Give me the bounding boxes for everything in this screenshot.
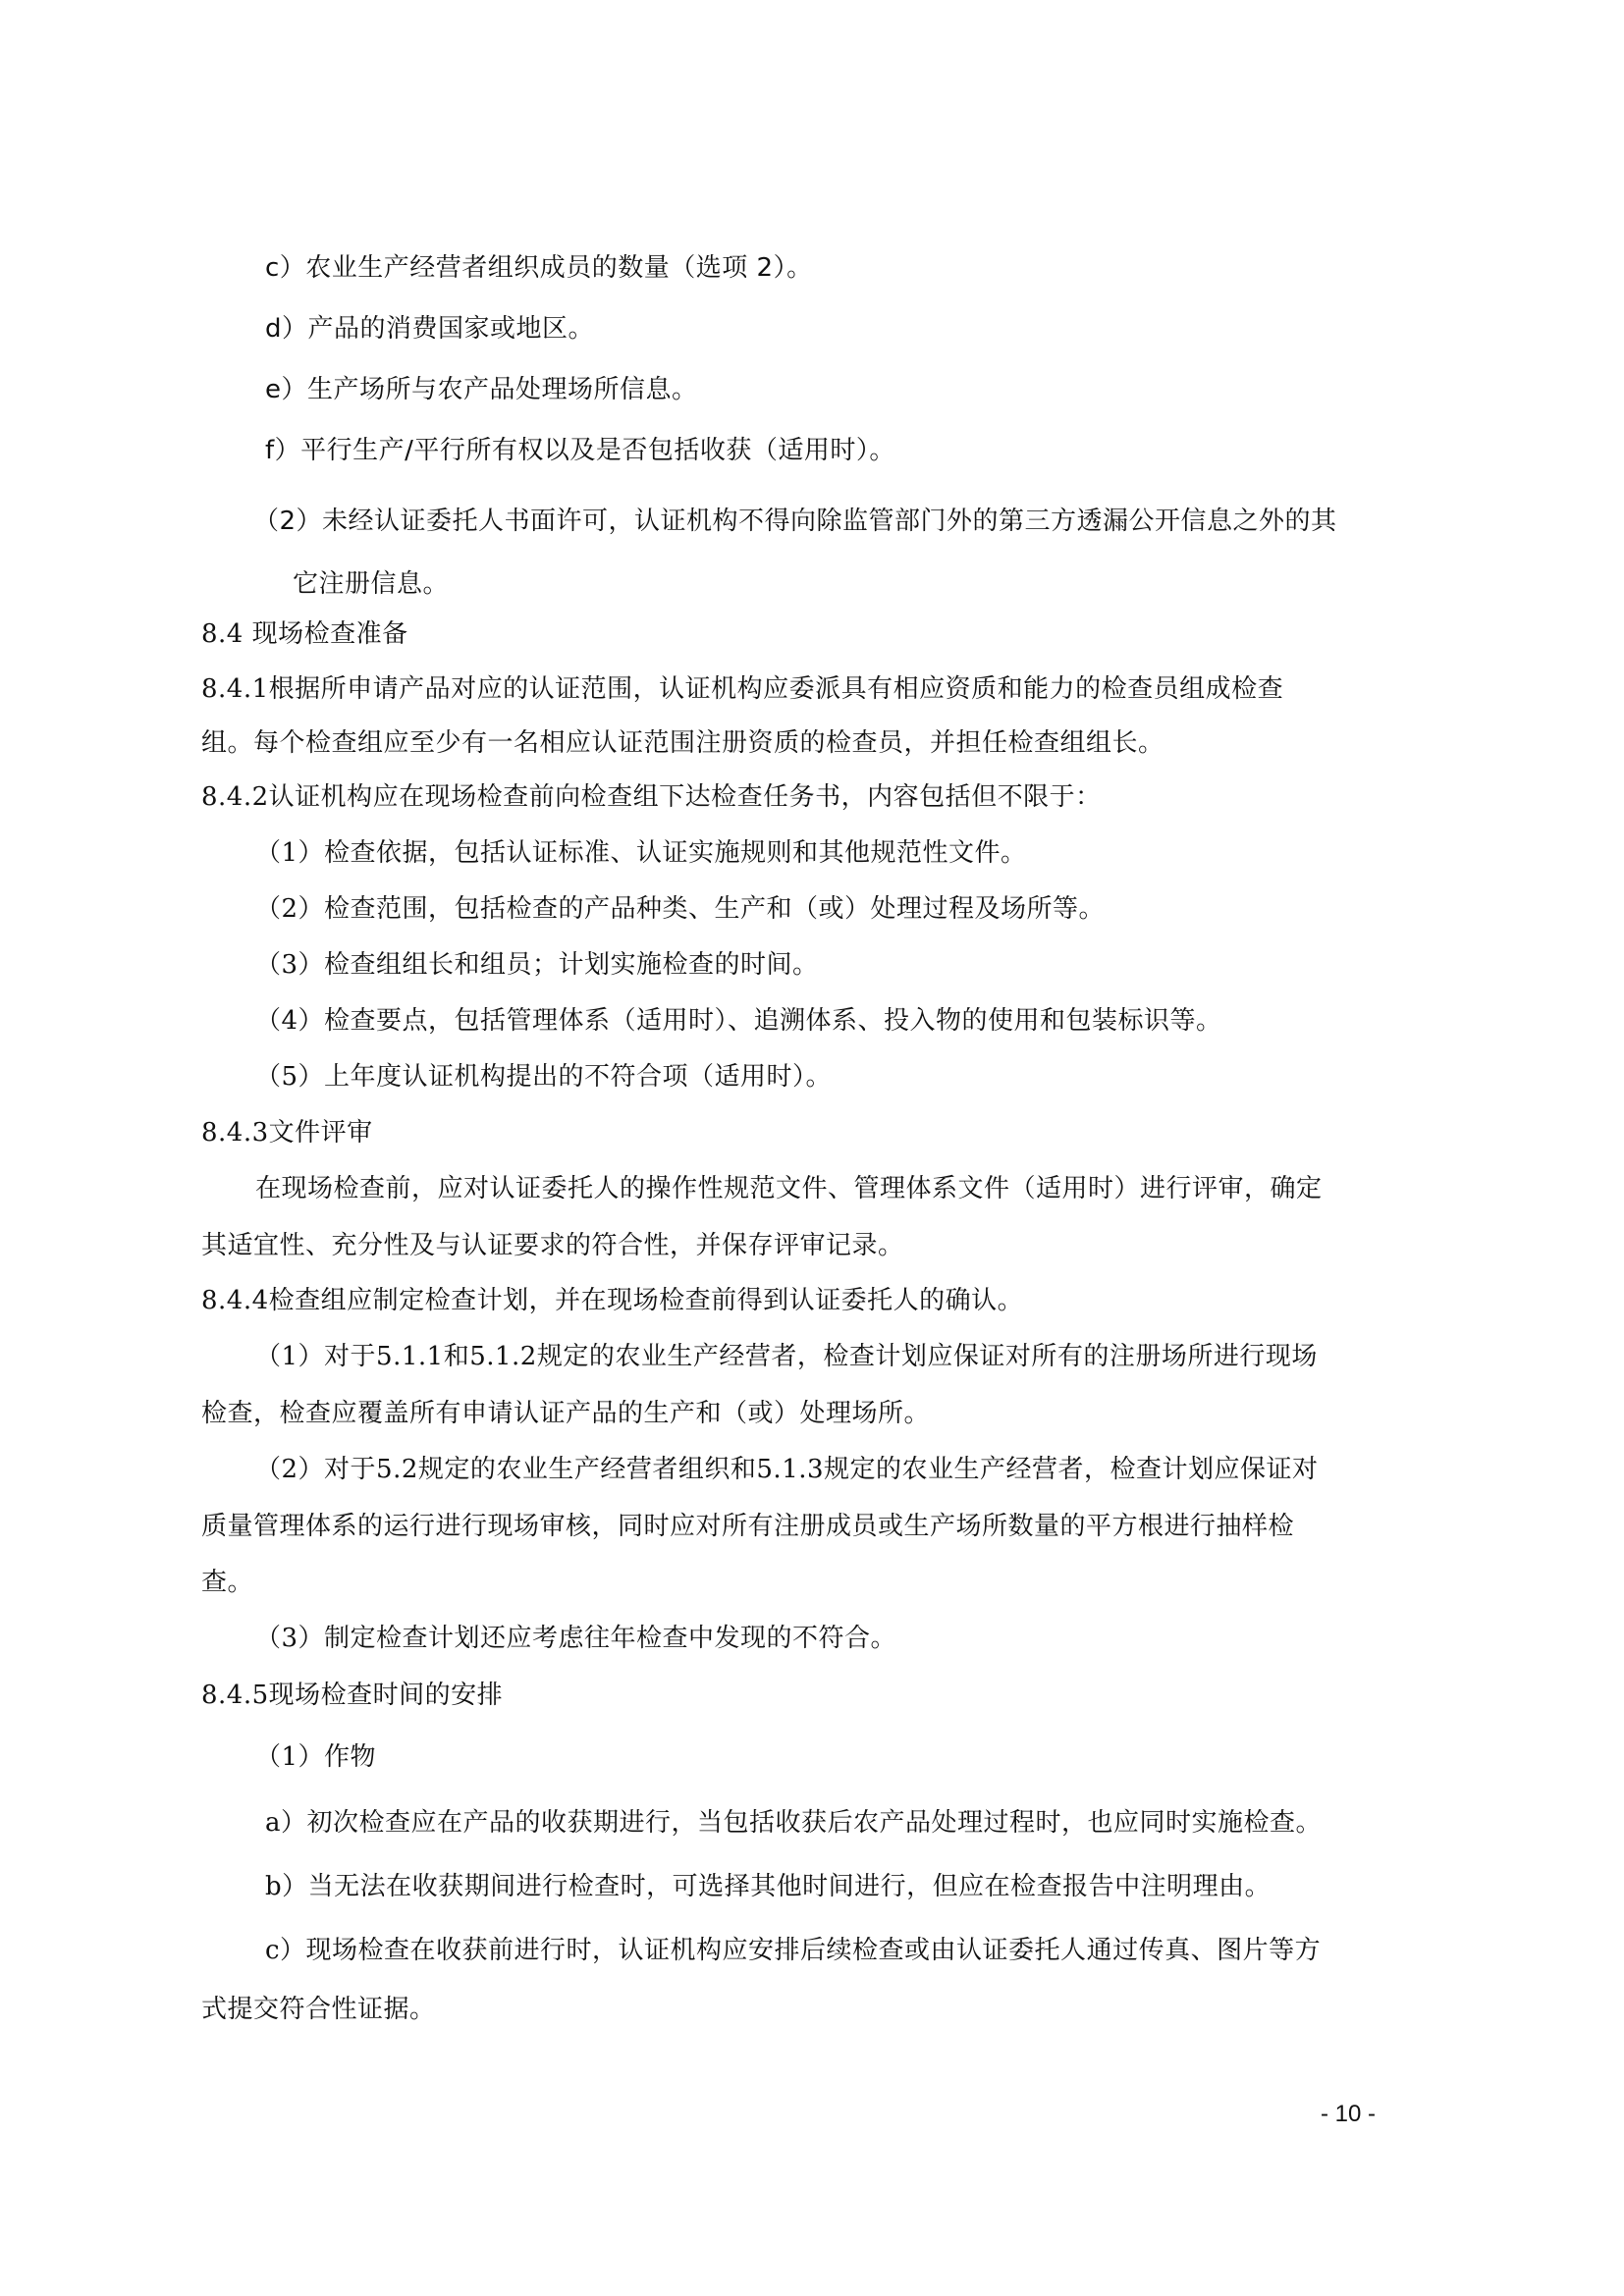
section-heading-8-4-3: 8.4.3文件评审 [201,1116,373,1149]
paragraph-2-line-2: 它注册信息。 [293,567,449,601]
section-8-4-4-item-1-line-2: 检查，检查应覆盖所有申请认证产品的生产和（或）处理场所。 [201,1397,930,1430]
section-8-4-5-item-b: b）当无法在收获期间进行检查时，可选择其他时间进行，但应在检查报告中注明理由。 [265,1870,1271,1903]
section-8-4-4-item-3: （3）制定检查计划还应考虑往年检查中发现的不符合。 [255,1622,896,1655]
section-8-4-4-item-2-line-2: 质量管理体系的运行进行现场审核，同时应对所有注册成员或生产场所数量的平方根进行抽… [201,1510,1294,1543]
section-8-4-2-item-4: （4）检查要点，包括管理体系（适用时）、追溯体系、投入物的使用和包装标识等。 [255,1004,1222,1038]
section-heading-8-4-5: 8.4.5现场检查时间的安排 [201,1679,503,1712]
section-8-4-1-line-1: 8.4.1根据所申请产品对应的认证范围，认证机构应委派具有相应资质和能力的检查员… [201,672,1283,706]
section-8-4-4-item-1-line-1: （1）对于5.1.1和5.1.2规定的农业生产经营者，检查计划应保证对所有的注册… [255,1340,1318,1373]
paragraph-2-line-1: （2）未经认证委托人书面许可，认证机构不得向除监管部门外的第三方透漏公开信息之外… [253,505,1337,538]
section-8-4-5-item-c-line-1: c）现场检查在收获前进行时，认证机构应安排后续检查或由认证委托人通过传真、图片等… [265,1934,1321,1967]
section-8-4-4-item-2-line-1: （2）对于5.2规定的农业生产经营者组织和5.1.3规定的农业生产经营者，检查计… [255,1453,1319,1486]
section-8-4-5-item-a: a）初次检查应在产品的收获期进行，当包括收获后农产品处理过程时，也应同时实施检查… [265,1806,1322,1840]
section-8-4-1-line-2: 组。每个检查组应至少有一名相应认证范围注册资质的检查员，并担任检查组组长。 [201,726,1164,760]
list-item-d: d）产品的消费国家或地区。 [265,312,594,346]
section-8-4-5-item-1: （1）作物 [255,1740,376,1774]
document-page: c）农业生产经营者组织成员的数量（选项 2）。 d）产品的消费国家或地区。 e）… [0,0,1624,2296]
section-8-4-2-item-2: （2）检查范围，包括检查的产品种类、生产和（或）处理过程及场所等。 [255,892,1105,926]
list-item-c: c）农业生产经营者组织成员的数量（选项 2）。 [265,251,813,285]
section-8-4-2-item-5: （5）上年度认证机构提出的不符合项（适用时）。 [255,1060,832,1094]
section-8-4-3-line-1: 在现场检查前，应对认证委托人的操作性规范文件、管理体系文件（适用时）进行评审，确… [255,1172,1323,1205]
section-8-4-3-line-2: 其适宜性、充分性及与认证要求的符合性，并保存评审记录。 [201,1229,904,1262]
section-8-4-2-item-1: （1）检查依据，包括认证标准、认证实施规则和其他规范性文件。 [255,836,1027,870]
list-item-e: e）生产场所与农产品处理场所信息。 [265,373,698,406]
section-heading-8-4: 8.4 现场检查准备 [201,617,408,651]
section-8-4-2: 8.4.2认证机构应在现场检查前向检查组下达检查任务书，内容包括但不限于： [201,780,1102,814]
list-item-f: f）平行生产/平行所有权以及是否包括收获（适用时）。 [265,434,895,467]
section-8-4-5-item-c-line-2: 式提交符合性证据。 [201,1993,436,2026]
section-8-4-4: 8.4.4检查组应制定检查计划，并在现场检查前得到认证委托人的确认。 [201,1284,1023,1317]
section-8-4-2-item-3: （3）检查组组长和组员；计划实施检查的时间。 [255,948,819,982]
section-8-4-4-item-2-line-3: 查。 [201,1566,253,1599]
page-number: - 10 - [1321,2101,1376,2128]
